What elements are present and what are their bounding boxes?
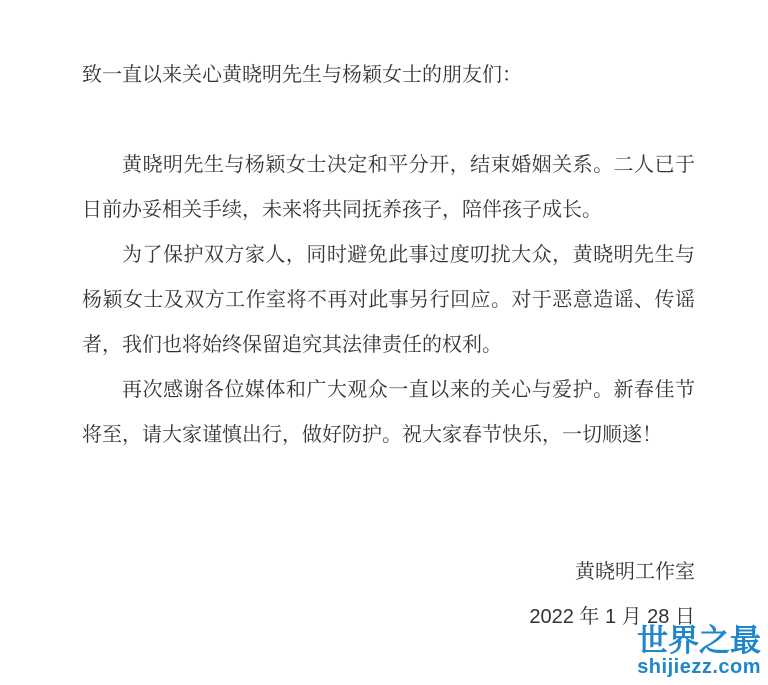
letter-body: 致一直以来关心黄晓明先生与杨颖女士的朋友们： 黄晓明先生与杨颖女士决定和平分开，… [0,0,768,640]
salutation-line: 致一直以来关心黄晓明先生与杨颖女士的朋友们： [82,53,695,98]
letter-paragraph-1: 黄晓明先生与杨颖女士决定和平分开，结束婚姻关系。二人已于日前办妥相关手续，未来将… [82,143,695,233]
signature-name: 黄晓明工作室 [82,550,695,595]
letter-paragraph-2: 为了保护双方家人，同时避免此事过度叨扰大众，黄晓明先生与杨颖女士及双方工作室将不… [82,233,695,368]
site-url-text: shijiezz.com [637,657,761,677]
signature-block: 黄晓明工作室 2022 年 1 月 28 日 [82,550,695,640]
blank-line-spacer [82,98,695,143]
signature-date: 2022 年 1 月 28 日 [82,595,695,640]
site-logo-text: 世界之最 [637,625,761,656]
site-watermark: 世界之最 shijiezz.com [637,625,761,677]
letter-paragraph-3: 再次感谢各位媒体和广大观众一直以来的关心与爱护。新春佳节将至，请大家谨慎出行，做… [82,368,695,458]
document-page: 致一直以来关心黄晓明先生与杨颖女士的朋友们： 黄晓明先生与杨颖女士决定和平分开，… [0,0,768,685]
